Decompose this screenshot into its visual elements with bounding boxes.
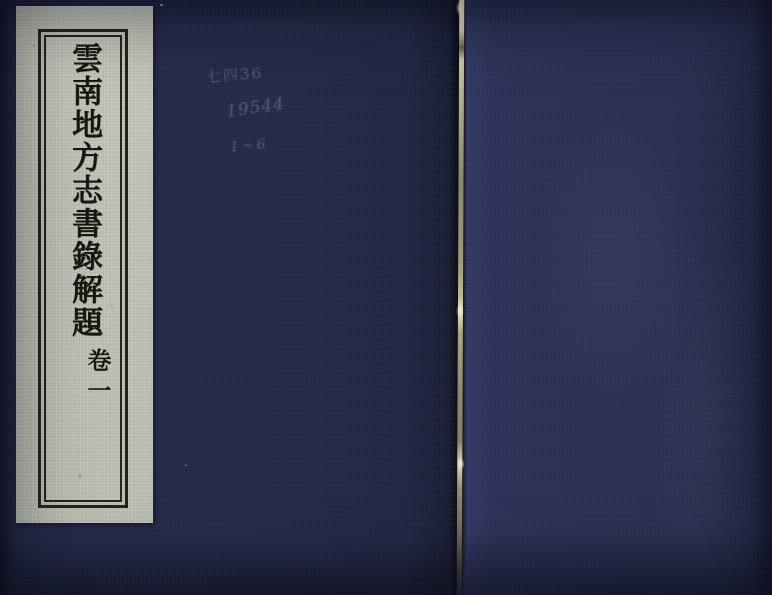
page-edge-highlight-top bbox=[456, 0, 463, 16]
page-edge-highlight-middle bbox=[456, 304, 464, 318]
book-cover-photo: 雲南地方志書錄解題 卷一 七四36 19544 1~6 bbox=[0, 0, 772, 595]
pencil-inscription-line-3: 1~6 bbox=[229, 136, 269, 155]
volume-number: 卷一 bbox=[80, 348, 115, 408]
dust-speck bbox=[185, 464, 187, 466]
book-title-vertical: 雲南地方志書錄解題 bbox=[62, 42, 107, 339]
pencil-inscription-line-1: 七四36 bbox=[205, 62, 263, 87]
page-edge-highlight-lower bbox=[457, 458, 465, 470]
page-fore-edge bbox=[450, 0, 468, 595]
dust-speck bbox=[160, 4, 163, 6]
title-label-slip: 雲南地方志書錄解題 卷一 bbox=[16, 6, 153, 523]
back-cover-right-board bbox=[466, 0, 772, 595]
